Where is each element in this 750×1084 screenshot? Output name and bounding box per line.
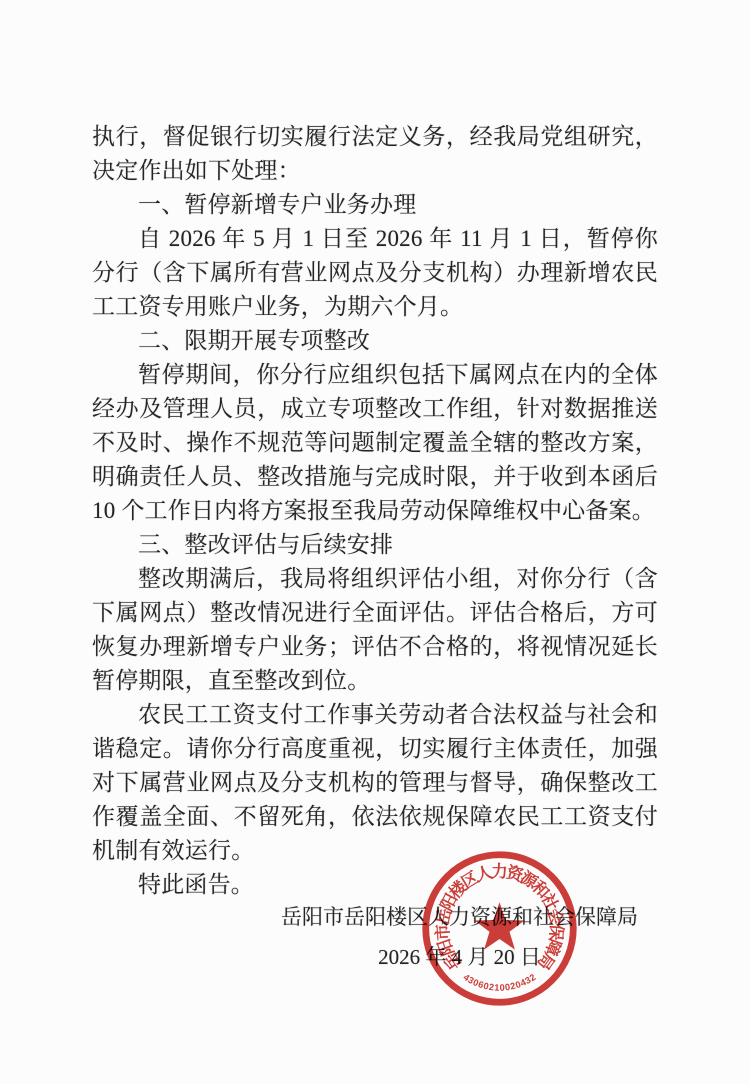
paragraph-continuation: 执行，督促银行切实履行法定义务，经我局党组研究，决定作出如下处理： [92, 120, 658, 188]
seal-graphic: 岳阳市岳阳楼区人力资源和社会保障局 43060210020432 [417, 846, 582, 1011]
official-seal: 岳阳市岳阳楼区人力资源和社会保障局 43060210020432 [417, 846, 582, 1011]
document-body: 执行，督促银行切实履行法定义务，经我局党组研究，决定作出如下处理： 一、暂停新增… [92, 120, 658, 902]
section-3-heading: 三、整改评估与后续安排 [92, 528, 658, 562]
section-2-heading: 二、限期开展专项整改 [92, 324, 658, 358]
section-3-body: 整改期满后，我局将组织评估小组，对你分行（含下属网点）整改情况进行全面评估。评估… [92, 562, 658, 698]
seal-code: 43060210020432 [461, 972, 537, 993]
section-1-body: 自 2026 年 5 月 1 日至 2026 年 11 月 1 日，暂停你分行（… [92, 222, 658, 324]
section-2-body: 暂停期间，你分行应组织包括下属网点在内的全体经办及管理人员，成立专项整改工作组，… [92, 358, 658, 528]
seal-star-icon [475, 902, 525, 949]
section-1-heading: 一、暂停新增专户业务办理 [92, 188, 658, 222]
page: 执行，督促银行切实履行法定义务，经我局党组研究，决定作出如下处理： 一、暂停新增… [0, 0, 750, 1084]
closing-paragraph: 农民工工资支付工作事关劳动者合法权益与社会和谐稳定。请你分行高度重视，切实履行主… [92, 698, 658, 868]
